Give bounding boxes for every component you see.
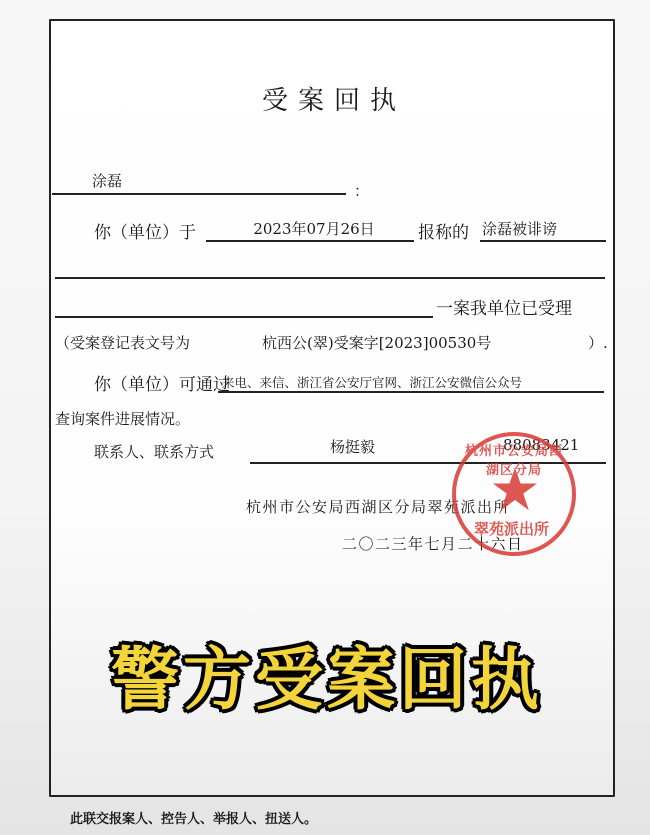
registration-number: 杭西公(翠)受案字[2023]00530号 — [262, 332, 491, 353]
channels-underline — [218, 391, 604, 393]
recipient-underline — [52, 193, 346, 195]
report-middle: 报称的 — [418, 218, 469, 243]
accepted-text: 一案我单位已受理 — [436, 294, 572, 319]
blank-underline-1 — [55, 277, 605, 279]
overlay-caption: 警方受案回执 — [62, 626, 592, 723]
recipient-name: 涂磊 — [92, 170, 122, 191]
registration-prefix: （受案登记表文号为 — [55, 332, 190, 353]
footer-note: 此联交报案人、控告人、举报人、扭送人。 — [70, 808, 317, 827]
case-name: 涂磊被诽谤 — [482, 218, 557, 239]
seal-bottom-text: 翠苑派出所 — [474, 518, 549, 539]
contact-prefix: 联系人、联系方式 — [94, 441, 214, 462]
inquiry-channels: 来电、来信、浙江省公安厅官网、浙江公安微信公众号 — [222, 373, 522, 391]
recipient-colon: ： — [354, 180, 369, 201]
case-name-underline — [480, 240, 606, 242]
registration-suffix: ）. — [588, 332, 608, 353]
official-seal: 杭州市公安局西湖区分局 翠苑派出所 — [452, 432, 576, 556]
channels-prefix: 你（单位）可通过 — [94, 370, 230, 395]
inquiry-text: 查询案件进展情况。 — [55, 408, 190, 429]
report-prefix: 你（单位）于 — [94, 218, 196, 243]
contact-name: 杨挺毅 — [330, 436, 375, 457]
blank-underline-2 — [55, 316, 433, 318]
seal-star-icon — [492, 466, 538, 512]
date-underline — [206, 240, 414, 242]
document-title: 受案回执 — [262, 80, 406, 117]
report-date: 2023年07月26日 — [218, 218, 410, 239]
